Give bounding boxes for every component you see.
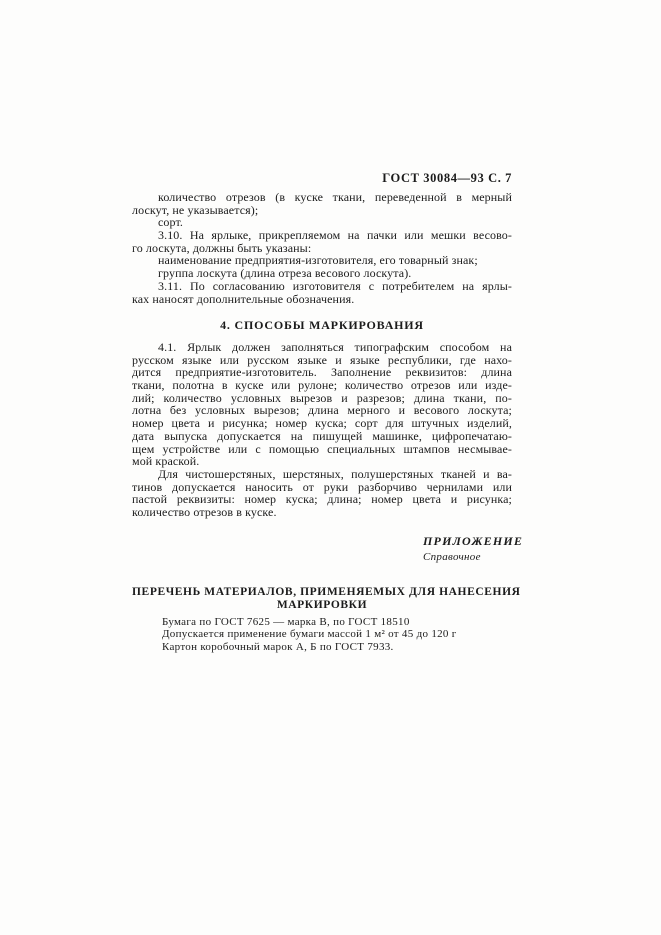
text-line: Для чистошерстяных, шерстяных, полушерст… xyxy=(132,468,512,481)
list-item: Допускается применение бумаги массой 1 м… xyxy=(162,628,457,640)
text-line: 3.10. На ярлыке, прикрепляемом на пачки … xyxy=(132,229,512,242)
appendix-heading: ПЕРЕЧЕНЬ МАТЕРИАЛОВ, ПРИМЕНЯЕМЫХ ДЛЯ НАН… xyxy=(132,586,512,612)
text-line: номер цвета и рисунка; номер куска; сорт… xyxy=(132,417,512,430)
section-3-text: количество отрезов (в куске ткани, перев… xyxy=(132,191,512,305)
text-line: 4.1. Ярлык должен заполняться типографск… xyxy=(132,341,512,354)
text-line: ках наносят дополнительные обозначения. xyxy=(132,293,512,306)
appendix-heading-line: ПЕРЕЧЕНЬ МАТЕРИАЛОВ, ПРИМЕНЯЕМЫХ ДЛЯ НАН… xyxy=(132,586,512,599)
list-item: Картон коробочный марок А, Б по ГОСТ 793… xyxy=(162,641,457,653)
list-item: Бумага по ГОСТ 7625 — марка В, по ГОСТ 1… xyxy=(162,616,457,628)
text-line: ткани, полотна в куске или рулоне; колич… xyxy=(132,379,512,392)
text-line: лоскут, не указывается); xyxy=(132,204,512,217)
appendix-materials-list: Бумага по ГОСТ 7625 — марка В, по ГОСТ 1… xyxy=(162,616,457,653)
section-4-text: 4.1. Ярлык должен заполняться типографск… xyxy=(132,341,512,519)
page-header: ГОСТ 30084—93 С. 7 xyxy=(132,171,512,186)
text-line: группа лоскута (длина отреза весового ло… xyxy=(132,267,512,280)
appendix-label: ПРИЛОЖЕНИЕ xyxy=(423,534,523,549)
text-line: дата выпуска допускается на пишущей маши… xyxy=(132,430,512,443)
section-4-heading: 4. СПОСОБЫ МАРКИРОВАНИЯ xyxy=(132,318,512,333)
appendix-label-block: ПРИЛОЖЕНИЕ Справочное xyxy=(423,534,523,563)
document-page: ГОСТ 30084—93 С. 7 количество отрезов (в… xyxy=(0,0,661,935)
text-line: мой краской. xyxy=(132,455,512,468)
text-line: количество отрезов в куске. xyxy=(132,506,512,519)
text-line: 3.11. По согласованию изготовителя с пот… xyxy=(132,280,512,293)
appendix-type: Справочное xyxy=(423,551,523,563)
text-line: количество отрезов (в куске ткани, перев… xyxy=(132,191,512,204)
appendix-heading-line: МАРКИРОВКИ xyxy=(132,599,512,612)
